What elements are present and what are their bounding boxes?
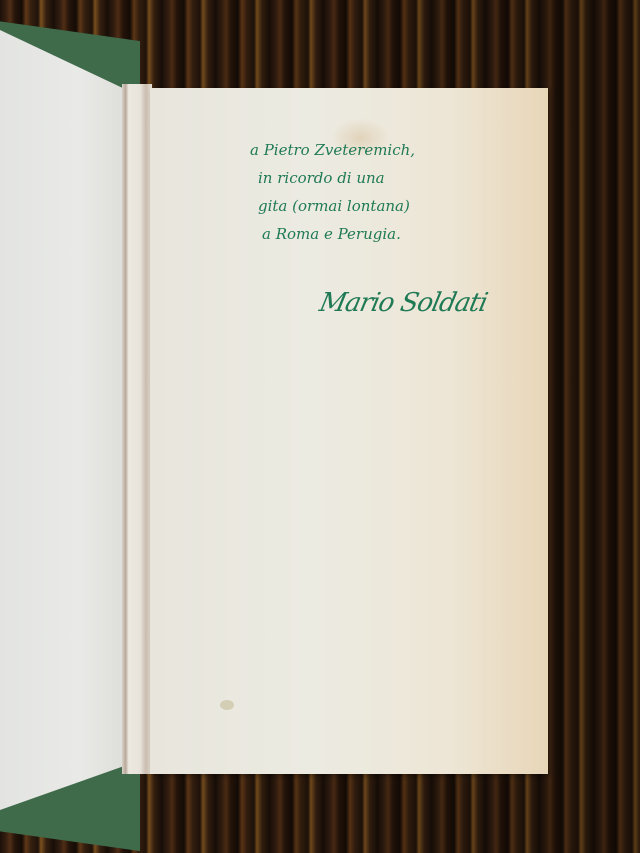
book-gutter bbox=[122, 84, 152, 774]
flyleaf-page: a Pietro Zveteremich, in ricordo di una … bbox=[150, 88, 548, 774]
dedication-line: in ricordo di una bbox=[250, 164, 540, 192]
dedication-line: a Pietro Zveteremich, bbox=[250, 136, 540, 164]
left-endpaper bbox=[0, 30, 132, 810]
dedication-line: gita (ormai lontana) bbox=[250, 192, 540, 220]
paper-spot bbox=[220, 700, 234, 710]
handwritten-dedication: a Pietro Zveteremich, in ricordo di una … bbox=[250, 136, 540, 248]
author-signature: Mario Soldati bbox=[317, 288, 490, 318]
dedication-line: a Roma e Perugia. bbox=[250, 220, 540, 248]
